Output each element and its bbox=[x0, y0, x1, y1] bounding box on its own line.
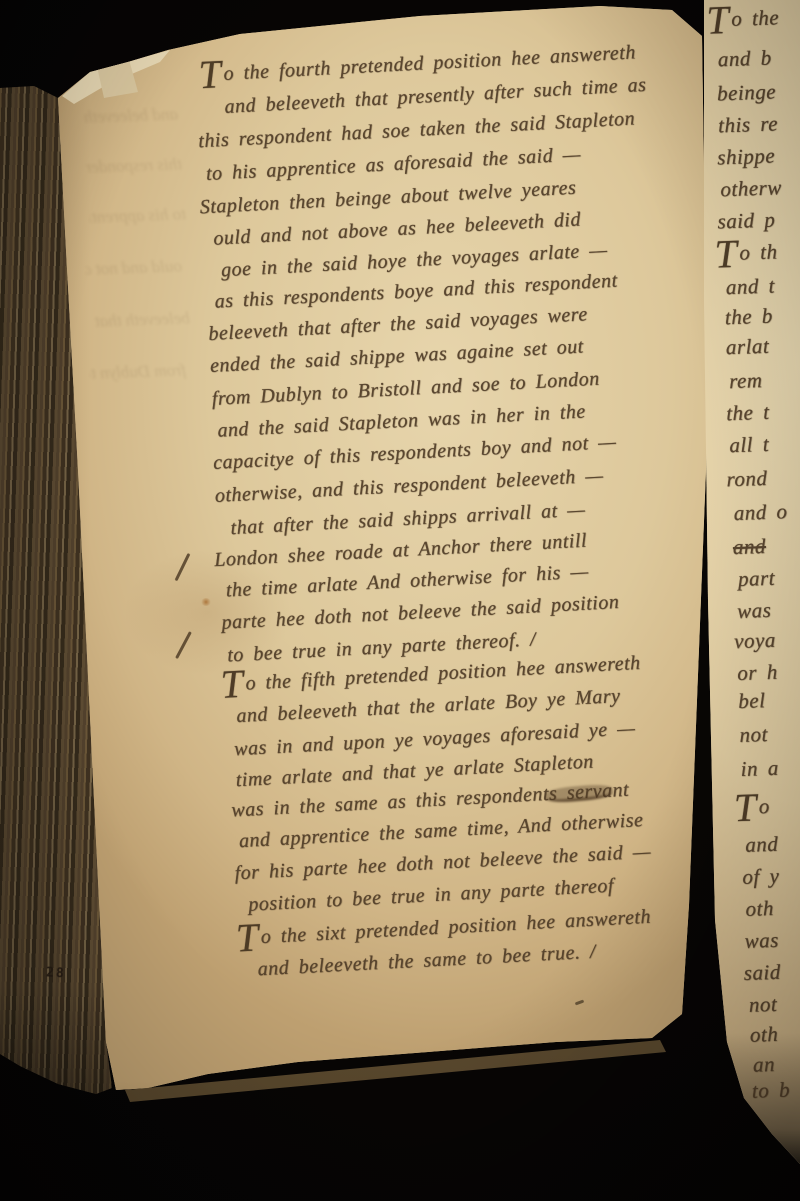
manuscript-line: or h bbox=[737, 660, 778, 686]
manuscript-line: and bbox=[732, 534, 766, 560]
paragraph-initial: T bbox=[733, 785, 757, 831]
paragraph-initial: T bbox=[714, 231, 738, 277]
manuscript-line: and b bbox=[717, 46, 772, 73]
manuscript-line: not bbox=[739, 722, 768, 748]
manuscript-line: bel bbox=[738, 688, 766, 714]
manuscript-line: beinge bbox=[717, 79, 777, 106]
manuscript-line: voya bbox=[734, 628, 777, 654]
manuscript-line: rond bbox=[726, 466, 768, 492]
manuscript-line: and bbox=[745, 832, 779, 858]
manuscript-line: arlat bbox=[726, 334, 770, 360]
manuscript-line: and o bbox=[733, 499, 788, 526]
left-page: and beleeveth that presently after such … bbox=[0, 0, 800, 1201]
paragraph-initial: T bbox=[198, 51, 223, 97]
manuscript-line: oth bbox=[750, 1022, 779, 1048]
paragraph-initial: T bbox=[706, 0, 730, 43]
manuscript-line: oth bbox=[745, 896, 774, 922]
manuscript-line: to b bbox=[751, 1078, 790, 1104]
manuscript-line: shippe bbox=[717, 143, 776, 170]
manuscript-line: an bbox=[753, 1052, 776, 1078]
manuscript-line: this re bbox=[718, 111, 779, 138]
manuscript-line: To bbox=[734, 794, 771, 820]
manuscript-photo: 28 and beleeveth that presently after su… bbox=[0, 0, 800, 1201]
edge-ink-mark: 28 bbox=[46, 965, 67, 981]
manuscript-line: otherw bbox=[720, 175, 782, 202]
paragraph-initial: T bbox=[220, 661, 245, 707]
manuscript-line: was bbox=[744, 928, 779, 954]
manuscript-line: and t bbox=[725, 274, 775, 301]
manuscript-line: and beleeveth the same to bee true. / bbox=[257, 941, 596, 982]
ink-speck bbox=[461, 1087, 466, 1092]
manuscript-line: rem bbox=[729, 368, 763, 394]
manuscript-line: To th bbox=[714, 239, 778, 266]
manuscript-line: said bbox=[743, 960, 781, 986]
manuscript-line: not bbox=[748, 992, 777, 1018]
manuscript-line: the t bbox=[726, 400, 770, 426]
manuscript-text-left: To the fourth pretended position hee ans… bbox=[146, 29, 798, 1059]
manuscript-line: of y bbox=[742, 864, 780, 890]
manuscript-line: all t bbox=[729, 432, 770, 458]
manuscript-line: the b bbox=[724, 304, 773, 331]
manuscript-text-right: To theand bbeingethis reshippeotherwsaid… bbox=[700, 0, 800, 1195]
manuscript-line: To the bbox=[706, 5, 779, 33]
manuscript-line: part bbox=[738, 566, 776, 592]
manuscript-line: was bbox=[737, 598, 772, 624]
manuscript-line: in a bbox=[740, 756, 779, 782]
paragraph-initial: T bbox=[235, 914, 260, 960]
